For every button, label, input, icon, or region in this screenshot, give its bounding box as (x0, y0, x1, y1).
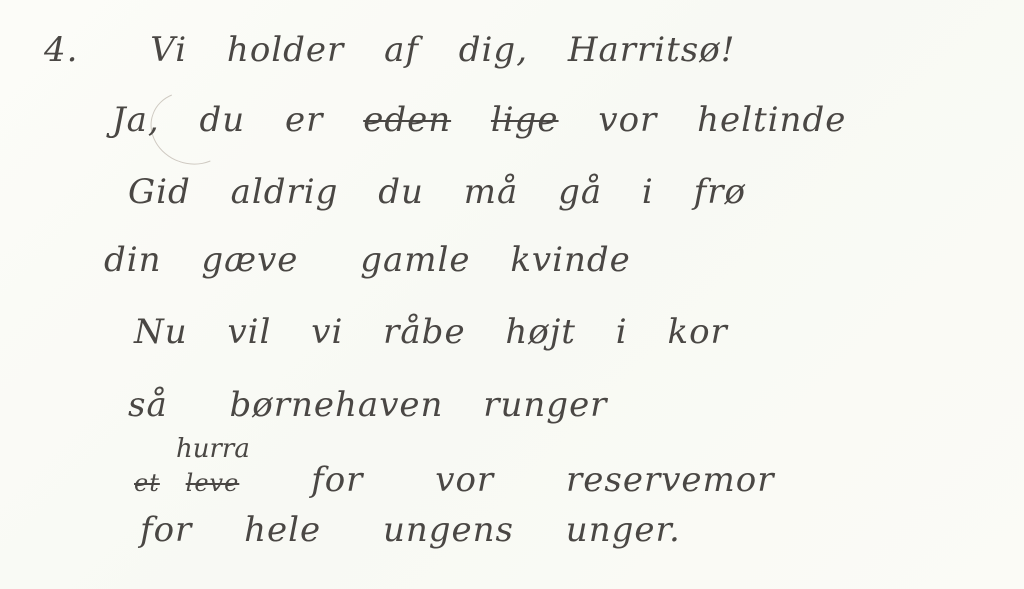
word: råbe (383, 312, 465, 352)
verse-line-6: så børnehaven runger (128, 385, 635, 425)
word: unger. (566, 510, 681, 550)
word: frø (694, 172, 746, 212)
word: Harritsø! (568, 30, 736, 70)
word: vi (311, 312, 343, 352)
verse-line-7: et leve for vor reservemor (134, 460, 803, 500)
word: af (384, 30, 419, 70)
word: aldrig (231, 172, 339, 212)
verse-number: 4. (44, 30, 78, 70)
word: børnehaven (230, 385, 444, 425)
struck-word: leve (186, 469, 240, 497)
word: hele (244, 510, 321, 550)
word: kor (667, 312, 727, 352)
verse-line-5: Nu vil vi råbe højt i kor (134, 312, 756, 352)
word: du (378, 172, 424, 212)
word: holder (227, 30, 344, 70)
struck-word: et (134, 469, 160, 497)
struck-word: lige (491, 100, 559, 140)
word: ungens (383, 510, 514, 550)
word: gå (558, 172, 602, 212)
word: i (642, 172, 654, 212)
word: Vi (150, 30, 187, 70)
verse-line-1: 4. Vi holder af dig, Harritsø! (44, 30, 763, 70)
word: heltinde (697, 100, 846, 140)
word: dig, (459, 30, 528, 70)
struck-word: eden (363, 100, 451, 140)
verse-line-2: Ja, du er eden lige vor heltinde (112, 100, 874, 140)
word: Ja, (112, 100, 160, 140)
word: så (128, 385, 168, 425)
word: højt (505, 312, 576, 352)
word: du (200, 100, 246, 140)
verse-line-4: din gæve gamle kvinde (104, 240, 659, 280)
handwritten-page: 4. Vi holder af dig, Harritsø! Ja, du er… (0, 0, 1024, 589)
word: gæve (201, 240, 298, 280)
word: kvinde (510, 240, 630, 280)
word: vil (227, 312, 271, 352)
word: i (616, 312, 628, 352)
word: gamle (360, 240, 470, 280)
word: Gid (128, 172, 191, 212)
word: er (285, 100, 323, 140)
word: runger (483, 385, 607, 425)
word: din (104, 240, 162, 280)
word: vor (435, 460, 494, 500)
word: vor (598, 100, 657, 140)
verse-line-8: for hele ungens unger. (140, 510, 709, 550)
word: Nu (134, 312, 188, 352)
word: for (140, 510, 192, 550)
word: reservemor (566, 460, 775, 500)
word: må (464, 172, 519, 212)
word: for (311, 460, 363, 500)
verse-line-3: Gid aldrig du må gå i frø (128, 172, 774, 212)
